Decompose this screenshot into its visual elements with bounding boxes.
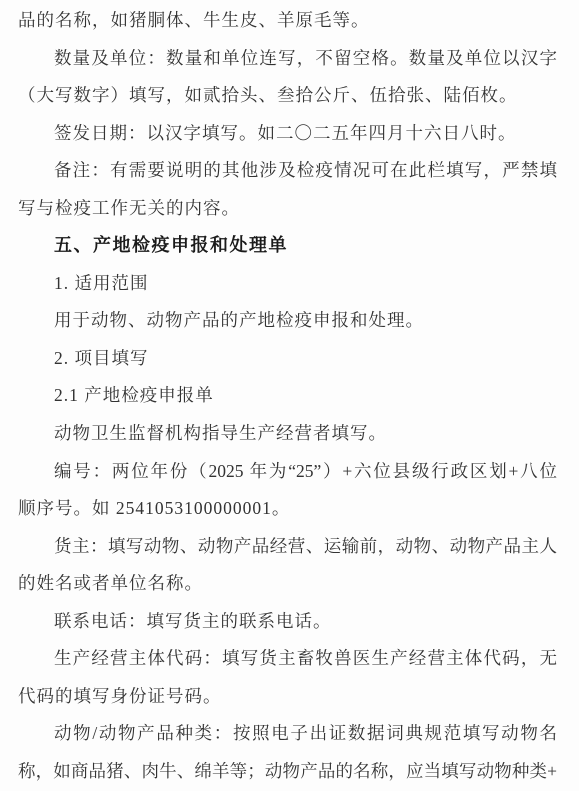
text-line: 编号：两位年份（2025 年为“25”）+六位县级行政区划+八位 [18,453,557,491]
text-line: 备注：有需要说明的其他涉及检疫情况可在此栏填写，严禁填 [18,152,557,190]
text-content: 品的名称，如猪胴体、牛生皮、羊原毛等。数量及单位：数量和单位连写，不留空格。数量… [18,2,557,790]
text-line: 2. 项目填写 [18,340,557,378]
text-line: 品的名称，如猪胴体、牛生皮、羊原毛等。 [18,2,557,40]
text-line: 货主：填写动物、动物产品经营、运输前，动物、动物产品主人 [18,528,557,566]
text-line: 签发日期：以汉字填写。如二〇二五年四月十六日八时。 [18,115,557,153]
section-heading: 五、产地检疫申报和处理单 [18,227,557,265]
text-line: 写与检疫工作无关的内容。 [18,190,557,228]
text-line: 代码的填写身份证号码。 [18,678,557,716]
text-line: 数量及单位：数量和单位连写，不留空格。数量及单位以汉字 [18,40,557,78]
text-line: 1. 适用范围 [18,265,557,303]
text-line: 动物/动物产品种类：按照电子出证数据词典规范填写动物名 [18,715,557,753]
text-line: 动物卫生监督机构指导生产经营者填写。 [18,415,557,453]
text-line: 联系电话：填写货主的联系电话。 [18,603,557,641]
text-line: 的姓名或者单位名称。 [18,565,557,603]
text-line: 生产经营主体代码：填写货主畜牧兽医生产经营主体代码，无 [18,640,557,678]
text-line: 称，如商品猪、肉牛、绵羊等；动物产品的名称，应当填写动物种类+ [18,753,557,791]
text-line: 2.1 产地检疫申报单 [18,377,557,415]
document-page: 品的名称，如猪胴体、牛生皮、羊原毛等。数量及单位：数量和单位连写，不留空格。数量… [0,0,579,791]
text-line: 顺序号。如 2541053100000001。 [18,490,557,528]
text-line: （大写数字）填写，如贰拾头、叁拾公斤、伍拾张、陆佰枚。 [18,77,557,115]
text-line: 用于动物、动物产品的产地检疫申报和处理。 [18,302,557,340]
